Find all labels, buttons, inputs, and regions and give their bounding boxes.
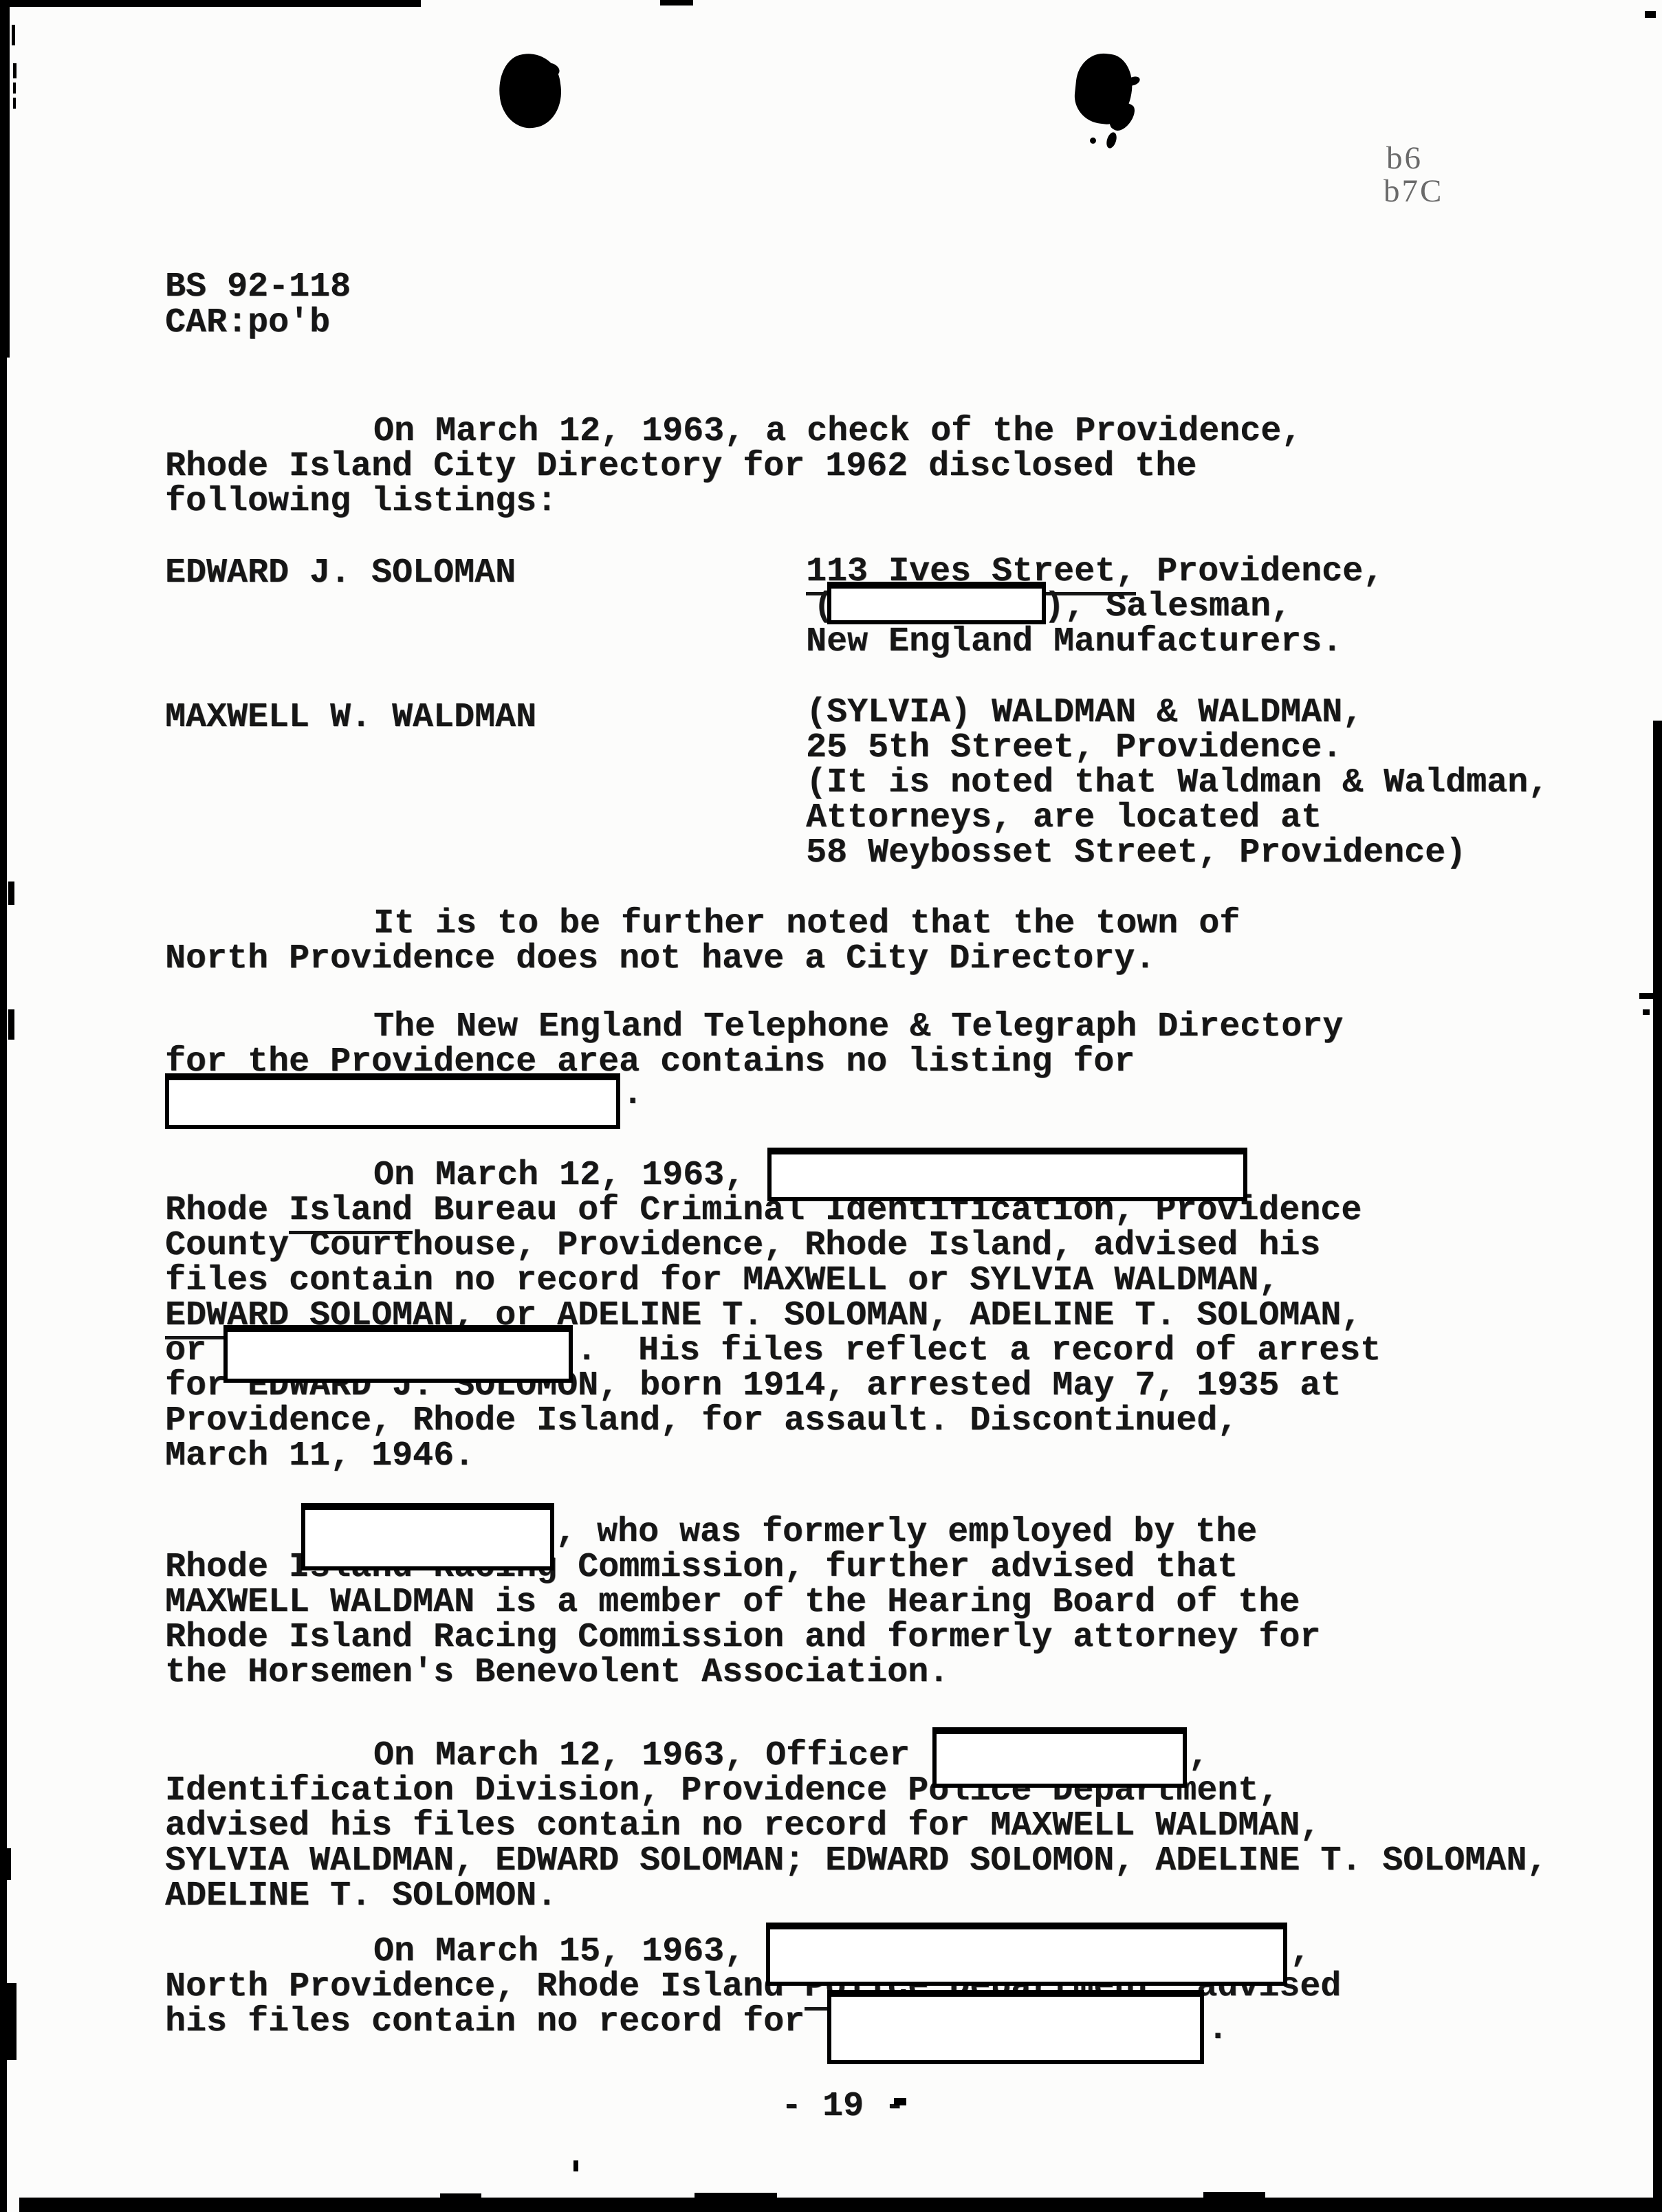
text-segment: following listings: <box>165 482 557 521</box>
scan-edge-artifact <box>573 2160 578 2171</box>
typed-line: advised his files contain no record for … <box>165 1808 1320 1843</box>
document-page: b6 b7C - 19 - BS 92-118CAR:po'bOn March … <box>0 0 1662 2212</box>
scan-edge-artifact <box>894 2098 906 2105</box>
text-segment: . His files reflect a record of arrest <box>576 1331 1381 1370</box>
scan-edge-artifact <box>0 0 10 358</box>
text-segment: EDWARD J. SOLOMAN <box>165 554 516 593</box>
typed-line: On March 12, 1963, Officer <box>373 1738 910 1773</box>
redaction-box <box>932 1727 1187 1788</box>
typed-line: ), Salesman, <box>1044 589 1291 624</box>
typed-line: 58 Weybosset Street, Providence) <box>806 835 1466 870</box>
typed-line: EDWARD J. SOLOMAN <box>165 556 516 591</box>
redaction-box <box>301 1503 554 1570</box>
typed-line: 25 5th Street, Providence. <box>806 730 1342 765</box>
typed-line: , who was formerly employed by the <box>556 1515 1257 1550</box>
text-segment: , <box>1290 1932 1311 1971</box>
text-segment: On March 12, 1963, a check of the Provid… <box>373 412 1302 451</box>
scan-edge-artifact <box>1653 721 1662 2212</box>
text-segment: North Providence does not have a City Di… <box>165 939 1155 978</box>
text-segment: Rhode Island City Directory for 1962 dis… <box>165 447 1196 486</box>
scan-edge-artifact <box>0 358 7 2212</box>
text-segment: SYLVIA WALDMAN, EDWARD SOLOMAN; EDWARD S… <box>165 1841 1547 1881</box>
typed-line: CAR:po'b <box>165 305 330 340</box>
text-segment: . <box>622 1075 643 1114</box>
scan-edge-artifact <box>1643 1009 1650 1015</box>
ink-blob <box>494 50 566 131</box>
typed-line: . <box>1207 2012 1228 2047</box>
typed-line: March 11, 1946. <box>165 1438 474 1474</box>
exemption-code-b7c: b7C <box>1384 175 1443 208</box>
text-segment: ), Salesman, <box>1044 587 1291 626</box>
text-segment: CAR:po'b <box>165 303 330 342</box>
text-segment: On March 12, 1963, <box>373 1156 745 1195</box>
scan-edge-artifact <box>1645 11 1656 18</box>
text-segment: the Horsemen's Benevolent Association. <box>165 1653 949 1692</box>
text-segment: (It is noted that Waldman & Waldman, <box>806 763 1549 802</box>
text-segment: It is to be further noted that the town … <box>373 904 1240 943</box>
text-segment: The New England Telephone & Telegraph Di… <box>373 1007 1343 1047</box>
scan-edge-artifact <box>12 25 15 45</box>
typed-line: . <box>622 1077 643 1112</box>
text-segment: 58 Weybosset Street, Providence) <box>806 833 1466 873</box>
typed-line: County Courthouse, Providence, Rhode Isl… <box>165 1228 1320 1263</box>
typed-line: SYLVIA WALDMAN, EDWARD SOLOMAN; EDWARD S… <box>165 1843 1547 1879</box>
typed-line: or <box>165 1333 206 1368</box>
text-segment: Providence, <box>1136 552 1384 591</box>
text-segment: , who was formerly employed by the <box>556 1513 1257 1552</box>
scan-edge-artifact <box>660 0 693 6</box>
scan-edge-artifact <box>8 1009 14 1040</box>
text-segment: BS 92-118 <box>165 267 351 307</box>
text-segment: . <box>1207 2010 1228 2049</box>
scan-edge-artifact <box>13 83 16 94</box>
text-segment: On March 12, 1963, Officer <box>373 1736 910 1775</box>
ink-blob <box>1105 131 1119 150</box>
text-segment: North Providence, Rhode Island <box>165 1967 805 2006</box>
typed-line: , <box>1188 1738 1209 1773</box>
typed-line: Attorneys, are located at <box>806 800 1322 835</box>
typed-line: New England Manufacturers. <box>806 624 1342 659</box>
typed-line: North Providence does not have a City Di… <box>165 941 1155 976</box>
typed-line: . His files reflect a record of arrest <box>576 1333 1381 1368</box>
typed-line: following listings: <box>165 484 557 519</box>
typed-line: (SYLVIA) WALDMAN & WALDMAN, <box>806 695 1363 730</box>
scan-edge-artifact <box>440 2193 481 2199</box>
text-segment: files contain no record for MAXWELL or S… <box>165 1261 1279 1300</box>
page-number: - 19 - <box>781 2089 905 2124</box>
typed-line: Providence, Rhode Island, for assault. D… <box>165 1403 1238 1438</box>
text-segment: New England Manufacturers. <box>806 622 1342 661</box>
scan-edge-artifact <box>13 98 16 109</box>
text-segment: or ADELINE T. SOLOMAN, ADELINE T. SOLOMA… <box>474 1296 1362 1335</box>
text-segment: (SYLVIA) WALDMAN & WALDMAN, <box>806 693 1363 732</box>
text-segment: March 11, 1946. <box>165 1436 474 1476</box>
scan-edge-artifact <box>695 2193 777 2199</box>
scan-edge-artifact <box>0 1983 17 2060</box>
typed-line: BS 92-118 <box>165 270 351 305</box>
redaction-box <box>827 582 1046 624</box>
text-segment: MAXWELL W. WALDMAN <box>165 698 536 737</box>
typed-line: files contain no record for MAXWELL or S… <box>165 1263 1279 1298</box>
text-segment: On March 15, 1963, <box>373 1932 745 1971</box>
typed-line: MAXWELL WALDMAN is a member of the Heari… <box>165 1585 1300 1620</box>
text-segment: MAXWELL WALDMAN is a member of the Heari… <box>165 1583 1300 1622</box>
typed-line: , <box>1290 1934 1311 1969</box>
typed-line: The New England Telephone & Telegraph Di… <box>373 1009 1343 1044</box>
text-segment: Rhode <box>165 1191 289 1230</box>
scan-edge-artifact <box>0 0 421 7</box>
scan-edge-artifact <box>1203 2192 1265 2199</box>
text-segment: or <box>165 1331 206 1370</box>
scan-edge-artifact <box>1639 993 1653 999</box>
text-segment: Providence, Rhode Island, for assault. D… <box>165 1401 1238 1441</box>
text-segment: ADELINE T. SOLOMON. <box>165 1876 557 1916</box>
text-segment: County Courthouse, Providence, Rhode Isl… <box>165 1226 1320 1265</box>
typed-line: On March 12, 1963, a check of the Provid… <box>373 414 1302 449</box>
redaction-box <box>766 1923 1287 1986</box>
typed-line: ADELINE T. SOLOMON. <box>165 1879 557 1914</box>
typed-line: It is to be further noted that the town … <box>373 906 1240 941</box>
typed-line: his files contain no record for <box>165 2004 805 2039</box>
typed-line: the Horsemen's Benevolent Association. <box>165 1655 949 1690</box>
scan-edge-artifact <box>6 1848 11 1880</box>
typed-line: MAXWELL W. WALDMAN <box>165 700 536 735</box>
typed-line: On March 15, 1963, <box>373 1934 745 1969</box>
text-segment: his files contain no record for <box>165 2002 805 2041</box>
redaction-box <box>165 1073 620 1129</box>
text-segment: advised his files contain no record for … <box>165 1806 1320 1846</box>
ink-blob <box>1090 138 1096 144</box>
scan-edge-artifact <box>8 881 14 905</box>
typed-line: On March 12, 1963, <box>373 1158 745 1193</box>
text-segment: , <box>1188 1736 1209 1775</box>
text-segment: 25 5th Street, Providence. <box>806 728 1342 767</box>
exemption-code-b6: b6 <box>1386 142 1423 175</box>
redaction-box <box>223 1325 573 1383</box>
typed-line: (It is noted that Waldman & Waldman, <box>806 765 1549 800</box>
typed-line: Rhode Island Racing Commission and forme… <box>165 1620 1320 1655</box>
redaction-box <box>827 1990 1204 2064</box>
scan-edge-artifact <box>13 63 17 78</box>
typed-line: Rhode Island City Directory for 1962 dis… <box>165 449 1196 484</box>
text-segment: Attorneys, are located at <box>806 798 1322 837</box>
scan-edge-artifact <box>19 2198 1662 2212</box>
redaction-box <box>767 1148 1247 1201</box>
text-segment: Rhode Island Racing Commission and forme… <box>165 1618 1320 1657</box>
